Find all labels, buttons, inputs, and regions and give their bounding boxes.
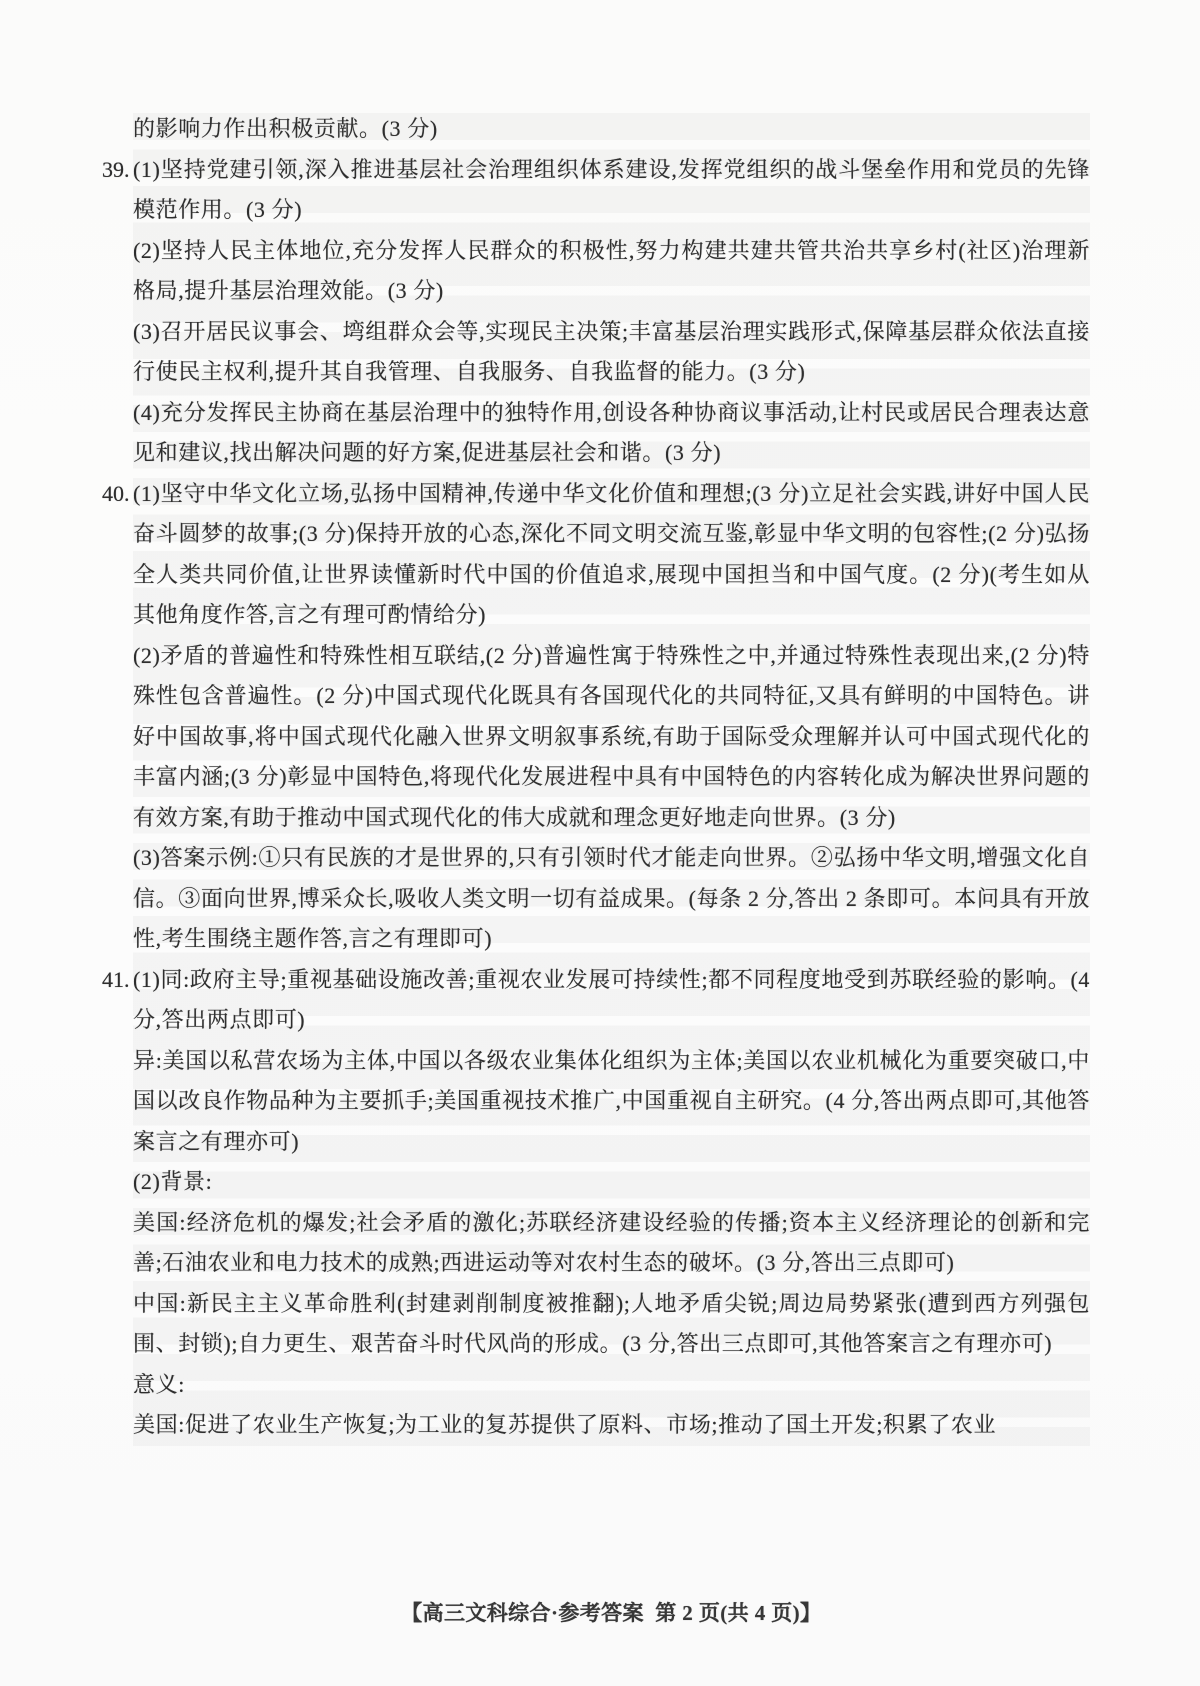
answer-paragraph: (2)坚持人民主体地位,充分发挥人民群众的积极性,努力构建共建共管共治共享乡村(…: [133, 231, 1090, 312]
answer-paragraph: (2)背景:: [133, 1162, 1090, 1203]
answer-paragraph: (3)答案示例:①只有民族的才是世界的,只有引领时代才能走向世界。②弘扬中华文明…: [133, 838, 1090, 960]
question-41-answers: 41. (1)同:政府主导;重视基础设施改善;重视农业发展可持续性;都不同程度地…: [133, 960, 1090, 1446]
answer-paragraph: (1)坚持党建引领,深入推进基层社会治理组织体系建设,发挥党组织的战斗堡垒作用和…: [133, 150, 1090, 231]
answer-paragraph: 美国:经济危机的爆发;社会矛盾的激化;苏联经济建设经验的传播;资本主义经济理论的…: [133, 1203, 1090, 1284]
answers-content: 的影响力作出积极贡献。(3 分) 39. (1)坚持党建引领,深入推进基层社会治…: [133, 109, 1090, 1446]
answer-paragraph: 中国:新民主主义革命胜利(封建剥削制度被推翻);人地矛盾尖锐;周边局势紧张(遭到…: [133, 1284, 1090, 1365]
answer-paragraph: (2)矛盾的普遍性和特殊性相互联结,(2 分)普遍性寓于特殊性之中,并通过特殊性…: [133, 636, 1090, 839]
answer-paragraph: 异:美国以私营农场为主体,中国以各级农业集体化组织为主体;美国以农业机械化为重要…: [133, 1041, 1090, 1163]
question-40-answers: 40. (1)坚守中华文化立场,弘扬中国精神,传递中华文化价值和理想;(3 分)…: [133, 474, 1090, 960]
page-footer: 【高三文科综合·参考答案 第 2 页(共 4 页)】: [0, 1572, 1200, 1652]
scanned-answer-page: 的影响力作出积极贡献。(3 分) 39. (1)坚持党建引领,深入推进基层社会治…: [0, 0, 1200, 1686]
question-40-number: 40.: [102, 474, 130, 515]
answer-paragraph: (1)同:政府主导;重视基础设施改善;重视农业发展可持续性;都不同程度地受到苏联…: [133, 960, 1090, 1041]
question-39-answers: 39. (1)坚持党建引领,深入推进基层社会治理组织体系建设,发挥党组织的战斗堡…: [133, 150, 1090, 474]
page-footer-text: 【高三文科综合·参考答案 第 2 页(共 4 页)】: [401, 1601, 821, 1625]
answer-paragraph: (3)召开居民议事会、塆组群众会等,实现民主决策;丰富基层治理实践形式,保障基层…: [133, 312, 1090, 393]
answer-paragraph: (1)坚守中华文化立场,弘扬中国精神,传递中华文化价值和理想;(3 分)立足社会…: [133, 474, 1090, 636]
answer-paragraph: 意义:: [133, 1365, 1090, 1406]
question-41-number: 41.: [102, 960, 130, 1001]
answer-paragraph: (4)充分发挥民主协商在基层治理中的独特作用,创设各种协商议事活动,让村民或居民…: [133, 393, 1090, 474]
carryover-answer-line: 的影响力作出积极贡献。(3 分): [133, 109, 1090, 150]
question-39-number: 39.: [102, 150, 130, 191]
answer-paragraph: 美国:促进了农业生产恢复;为工业的复苏提供了原料、市场;推动了国土开发;积累了农…: [133, 1405, 1090, 1446]
